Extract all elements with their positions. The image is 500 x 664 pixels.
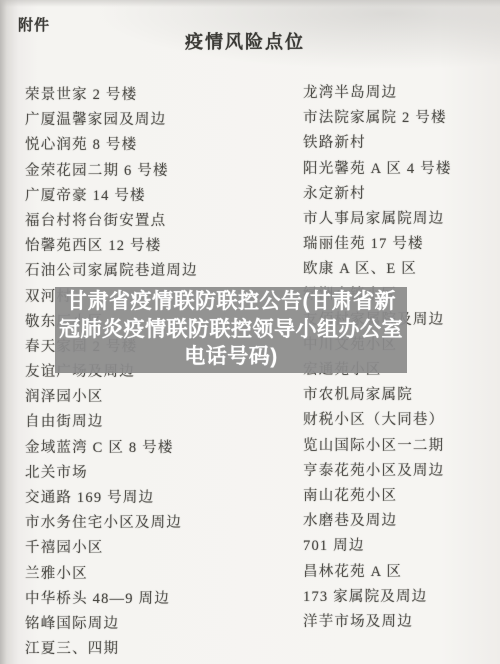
- risk-point-item: 昌林花苑 A 区: [303, 560, 500, 585]
- risk-point-item: 怡馨苑西区 12 号楼: [25, 234, 260, 259]
- risk-point-item: 龙湾半岛周边: [303, 81, 500, 106]
- risk-point-item: 金域蓝湾 C 区 8 号楼: [25, 436, 260, 461]
- risk-point-item: 广厦温馨家园及周边: [25, 108, 260, 133]
- risk-point-item: 自由街周边: [25, 410, 260, 435]
- risk-point-item: 洋芋市场及周边: [303, 610, 500, 635]
- risk-point-item: 荣景世家 2 号楼: [25, 83, 260, 108]
- risk-point-item: 瑞丽佳苑 17 号楼: [303, 232, 500, 257]
- document-photo: 附件 疫情风险点位 荣景世家 2 号楼广厦温馨家园及周边悦心润苑 8 号楼金荣花…: [0, 0, 500, 664]
- risk-point-item: 701 周边: [303, 534, 500, 559]
- caption-line-1: 甘肃省疫情联防联控公告(甘肃省新: [55, 288, 407, 316]
- risk-point-item: 江夏三、四期: [25, 637, 260, 662]
- risk-point-item: 润泽园小区: [25, 385, 260, 410]
- page-title: 疫情风险点位: [0, 28, 490, 54]
- risk-point-item: 兰雅小区: [25, 562, 260, 587]
- risk-point-item: 石油公司家属院巷道周边: [25, 259, 260, 284]
- risk-point-item: 市法院家属院 2 号楼: [303, 106, 500, 131]
- risk-point-item: 水磨巷及周边: [303, 509, 500, 534]
- risk-point-item: 永定新村: [303, 182, 500, 207]
- risk-point-item: 北关市场: [25, 461, 260, 486]
- risk-point-item: 中华桥头 48—9 周边: [25, 587, 260, 612]
- risk-point-item: 千禧园小区: [25, 536, 260, 561]
- risk-point-item: 广厦帝豪 14 号楼: [25, 184, 260, 209]
- risk-point-item: 铭峰国际周边: [25, 612, 260, 637]
- risk-point-item: 欧康 A 区、E 区: [303, 257, 500, 282]
- risk-point-item: 悦心润苑 8 号楼: [25, 133, 260, 158]
- risk-point-item: 福台村将台街安置点: [25, 209, 260, 234]
- risk-point-item: 览山国际小区一二期: [303, 434, 500, 459]
- caption-line-2: 冠肺炎疫情联防联控领导小组办公室: [55, 316, 407, 344]
- risk-point-item: 铁路新村: [303, 131, 500, 156]
- risk-point-item: 金荣花园二期 6 号楼: [25, 159, 260, 184]
- risk-point-item: 市水务住宅小区及周边: [25, 511, 260, 536]
- risk-point-item: 财税小区（大同巷）: [303, 408, 500, 433]
- risk-point-item: 市人事局家属院周边: [303, 207, 500, 232]
- risk-point-item: 阳光馨苑 A 区 4 号楼: [303, 157, 500, 182]
- risk-point-item: 173 家属院及周边: [303, 585, 500, 610]
- risk-point-list-left: 荣景世家 2 号楼广厦温馨家园及周边悦心润苑 8 号楼金荣花园二期 6 号楼广厦…: [25, 83, 260, 662]
- risk-point-item: 市农机局家属院: [303, 383, 500, 408]
- risk-point-item: 亨泰花苑小区及周边: [303, 459, 500, 484]
- risk-point-item: 南山花苑小区: [303, 484, 500, 509]
- caption-overlay: 甘肃省疫情联防联控公告(甘肃省新 冠肺炎疫情联防联控领导小组办公室 电话号码): [55, 287, 407, 373]
- risk-point-item: 交通路 169 号周边: [25, 486, 260, 511]
- caption-line-3: 电话号码): [55, 343, 407, 371]
